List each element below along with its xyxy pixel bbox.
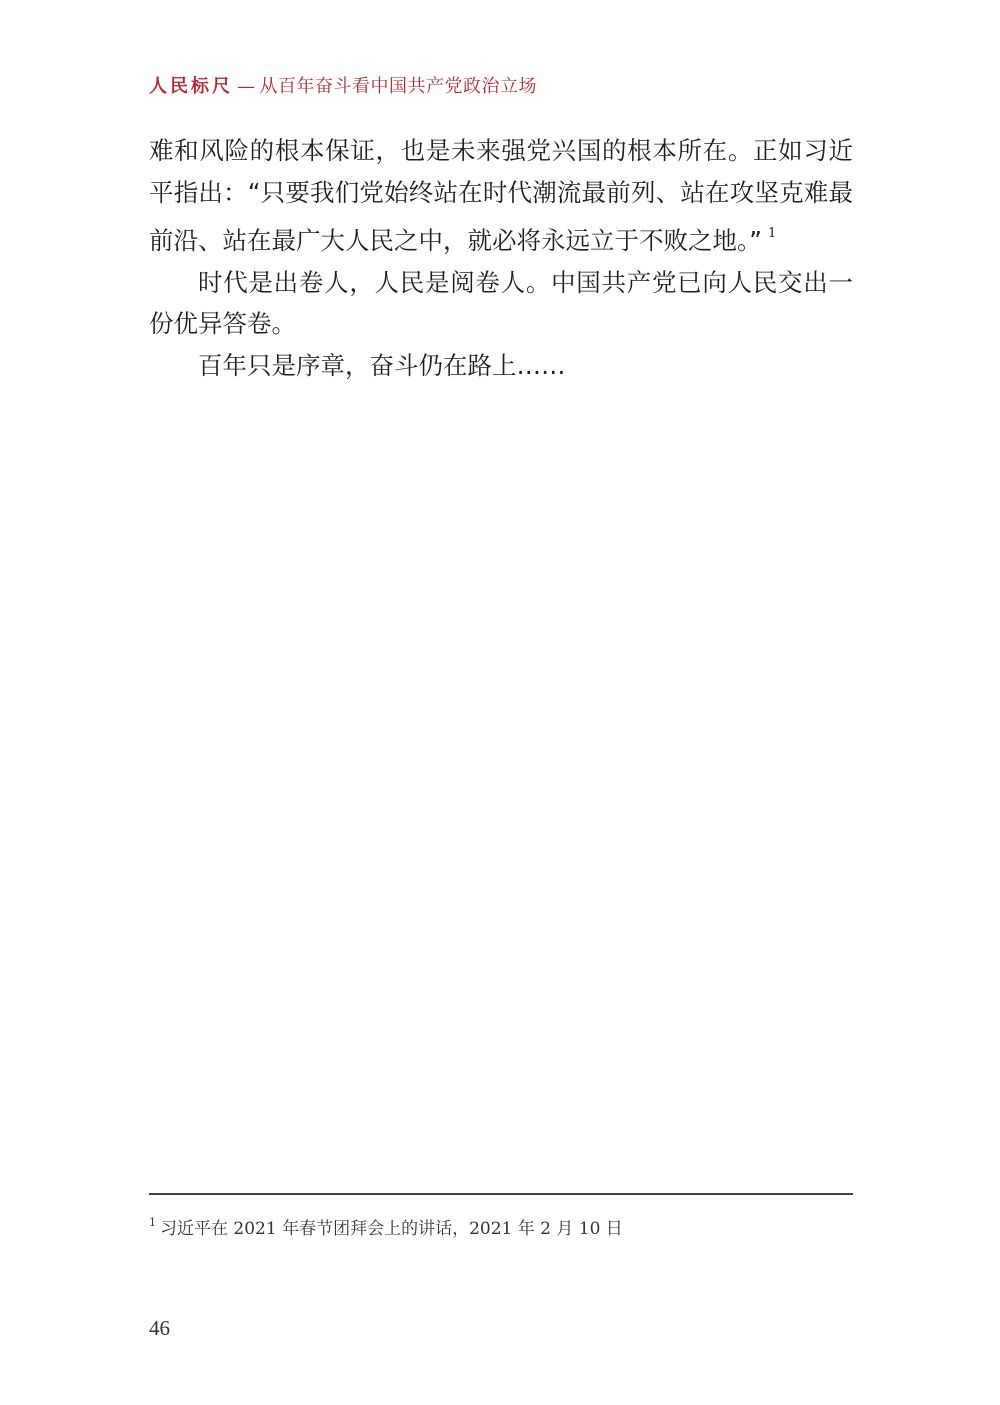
header-separator: — xyxy=(237,76,256,97)
paragraph-2: 时代是出卷人，人民是阅卷人。中国共产党已向人民交出一份优异答卷。 xyxy=(149,262,853,345)
footnote-divider xyxy=(149,1193,853,1195)
running-header: 人民标尺—从百年奋斗看中国共产党政治立场 xyxy=(149,72,537,98)
paragraph-3: 百年只是序章，奋斗仍在路上…… xyxy=(149,345,853,387)
footnote-text: 习近平在 2021 年春节团拜会上的讲话，2021 年 2 月 10 日 xyxy=(160,1219,623,1239)
book-subtitle: 从百年奋斗看中国共产党政治立场 xyxy=(260,76,538,97)
paragraph-1-text: 难和风险的根本保证，也是未来强党兴国的根本所在。正如习近平指出：“只要我们党始终… xyxy=(149,136,853,255)
series-title: 人民标尺 xyxy=(149,76,233,97)
footnote-1: 1习近平在 2021 年春节团拜会上的讲话，2021 年 2 月 10 日 xyxy=(149,1214,623,1239)
paragraph-1: 难和风险的根本保证，也是未来强党兴国的根本所在。正如习近平指出：“只要我们党始终… xyxy=(149,130,853,262)
body-text: 难和风险的根本保证，也是未来强党兴国的根本所在。正如习近平指出：“只要我们党始终… xyxy=(149,130,853,386)
footnote-marker: 1 xyxy=(149,1216,156,1229)
page-number: 46 xyxy=(149,1316,170,1341)
footnote-ref-1[interactable]: 1 xyxy=(768,226,776,241)
